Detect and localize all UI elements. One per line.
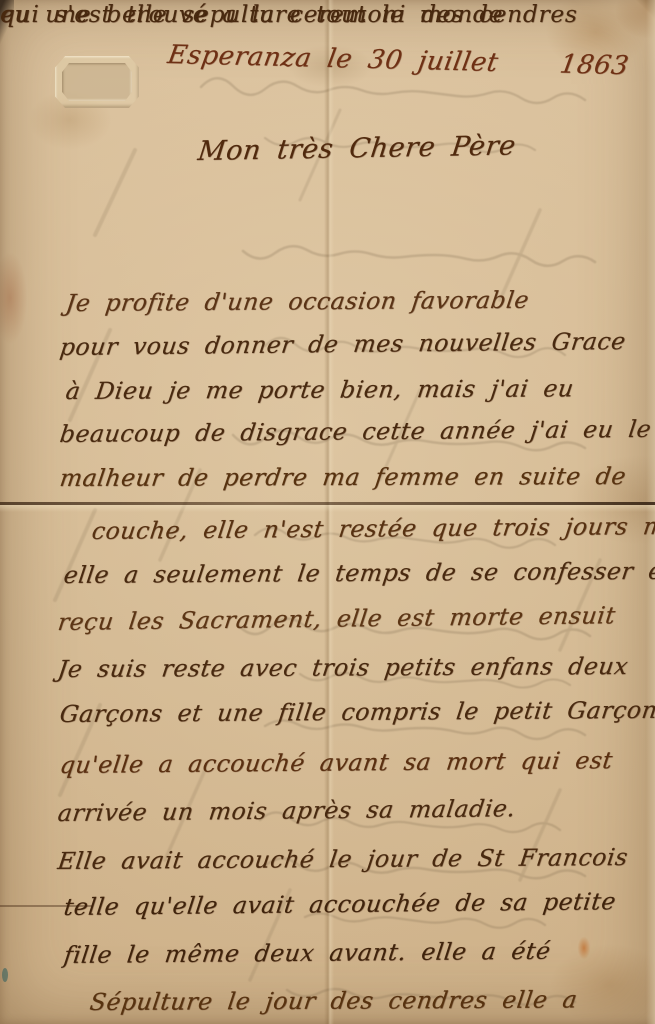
letter-line: Je profite d'une occasion favorable bbox=[64, 286, 531, 317]
letter-line: qu'elle a accouché avant sa mort qui est bbox=[58, 746, 614, 779]
letter-line: reçu les Sacrament, elle est morte ensui… bbox=[56, 601, 617, 636]
salutation: Mon très Chere Père bbox=[196, 130, 518, 167]
letter-line: Elle avait accouché le jour de St Franco… bbox=[56, 843, 630, 875]
letter-line: beaucoup de disgrace cette année j'ai eu… bbox=[58, 415, 653, 448]
dateline-place-date: Esperanza le 30 juillet bbox=[166, 40, 501, 78]
letter-line: couche, elle n'est restée que trois jour… bbox=[90, 511, 655, 545]
letter-line: Garçons et une fille compris le petit Ga… bbox=[58, 696, 655, 728]
letter-line: Sépulture le jour des cendres elle a bbox=[88, 985, 579, 1016]
letter-line: fille le même deux avant. elle a été bbox=[62, 937, 552, 969]
letter-line: qui s'est trouvé a la ceremoni des cendr… bbox=[0, 0, 578, 28]
letter-line: à Dieu je me porte bien, mais j'ai eu bbox=[64, 374, 576, 405]
letter-line: Je suis reste avec trois petits enfans d… bbox=[56, 652, 630, 683]
letter-line: arrivée un mois après sa maladie. bbox=[56, 794, 517, 827]
letter-line: telle qu'elle avait accouchée de sa peti… bbox=[62, 887, 618, 921]
dateline: Esperanza le 30 juillet 1863 bbox=[166, 40, 632, 81]
letter-page: Esperanza le 30 juillet 1863 Mon très Ch… bbox=[0, 0, 655, 1024]
dateline-year: 1863 bbox=[558, 50, 632, 82]
letter-line: malheur de perdre ma femme en suite de bbox=[58, 462, 628, 492]
letter-body: Esperanza le 30 juillet 1863 Mon très Ch… bbox=[0, 0, 655, 1024]
letter-line: elle a seulement le temps de se confesse… bbox=[62, 557, 655, 589]
letter-line: pour vous donner de mes nouvelles Grace bbox=[58, 327, 628, 361]
